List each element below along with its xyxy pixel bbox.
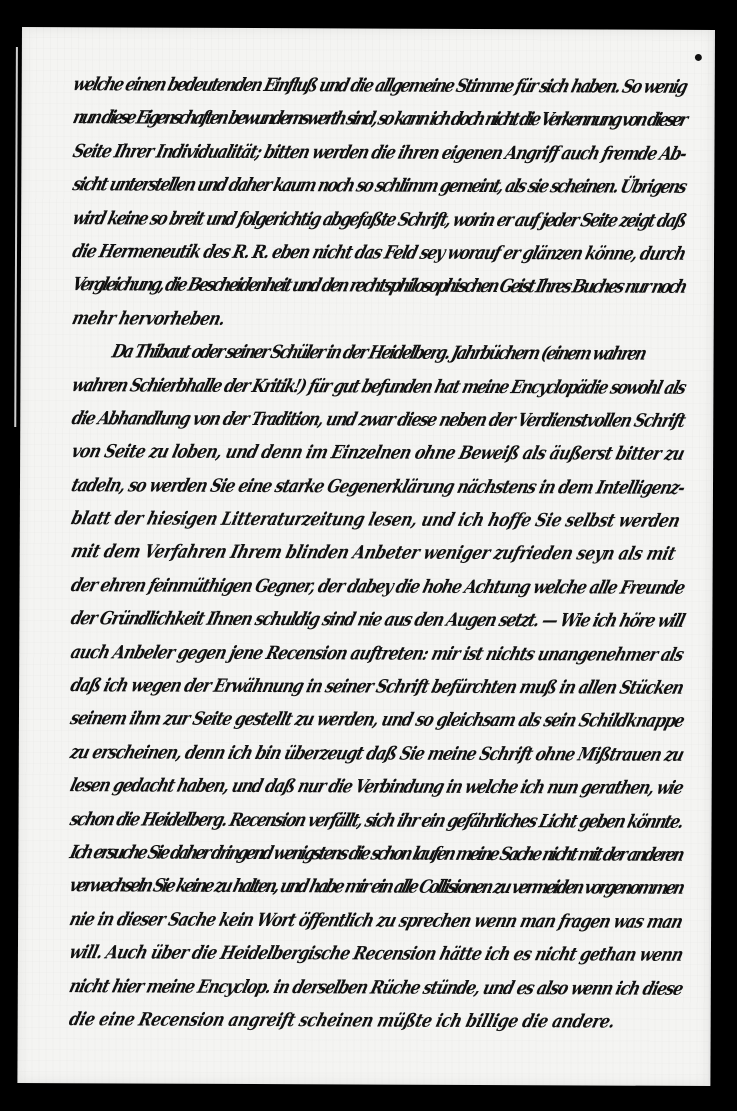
handwritten-text-block: welche einen bedeutenden Einfluß und die… [70,67,694,1038]
text-line: die eine Recension angreift scheinen müß… [65,999,695,1041]
ink-blot [695,54,702,61]
page-edge-shadow [14,47,18,427]
page-edge-highlight [708,30,715,1086]
manuscript-page: welche einen bedeutenden Einfluß und die… [17,27,714,1086]
